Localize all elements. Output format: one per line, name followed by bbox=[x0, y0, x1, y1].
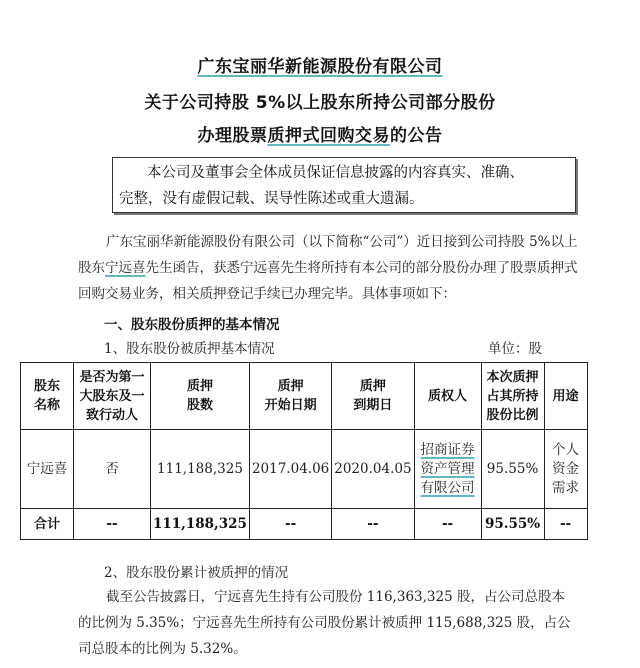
header-end-date: 质押 到期日 bbox=[332, 363, 414, 430]
cell-ratio: 95.55% bbox=[481, 430, 544, 509]
cell-start-date: 2017.04.06 bbox=[249, 430, 331, 509]
cell-pledgee: 招商证券 资产管理 有限公司 bbox=[414, 430, 481, 509]
cell-is-largest: 否 bbox=[74, 430, 151, 509]
total-is-largest: -- bbox=[74, 509, 151, 540]
section-heading: 一、股东股份质押的基本情况 bbox=[104, 313, 280, 333]
total-purpose: -- bbox=[544, 509, 587, 540]
total-start-date: -- bbox=[249, 509, 331, 540]
shareholder-name-link[interactable]: 宁远喜 bbox=[105, 260, 146, 276]
header-shareholder: 股东 名称 bbox=[21, 363, 74, 430]
unit-label: 单位：股 bbox=[488, 337, 542, 357]
total-pledgee: -- bbox=[414, 509, 481, 540]
company-title-text: 广东宝丽华新能源股份有限公司 bbox=[198, 57, 443, 77]
header-pledged-shares: 质押 股数 bbox=[151, 363, 250, 430]
notice-line-1: 本公司及董事会全体成员保证信息披露的内容真实、准确、 bbox=[119, 160, 569, 186]
title-line3-suffix: 的公告 bbox=[390, 126, 443, 146]
cumulative-paragraph: 截至公告披露日，宁远喜先生持有公司股份 116,363,325 股，占公司总股本… bbox=[78, 584, 578, 662]
cell-end-date: 2020.04.05 bbox=[332, 430, 414, 509]
pledgee-link[interactable]: 招商证券 资产管理 有限公司 bbox=[421, 441, 475, 498]
header-start-date: 质押 开始日期 bbox=[249, 363, 331, 430]
total-ratio: 95.55% bbox=[481, 509, 544, 540]
subsection-heading-1: 1、股东股份被质押基本情况 bbox=[104, 337, 275, 357]
header-ratio: 本次质押 占其所持 股份比例 bbox=[481, 363, 544, 430]
header-pledgee: 质权人 bbox=[414, 363, 481, 430]
company-title: 广东宝丽华新能源股份有限公司 bbox=[0, 52, 640, 77]
table-header-row: 股东 名称 是否为第一 大股东及一 致行动人 质押 股数 质押 开始日期 质押 … bbox=[21, 363, 588, 430]
total-pledged-shares: 111,188,325 bbox=[151, 509, 250, 540]
pledge-table: 股东 名称 是否为第一 大股东及一 致行动人 质押 股数 质押 开始日期 质押 … bbox=[20, 362, 588, 540]
total-end-date: -- bbox=[332, 509, 414, 540]
cell-purpose: 个人 资金 需求 bbox=[544, 430, 587, 509]
notice-line-2: 完整，没有虚假记载、误导性陈述或重大遗漏。 bbox=[119, 186, 569, 212]
header-purpose: 用途 bbox=[544, 363, 587, 430]
subsection-heading-2: 2、股东股份累计被质押的情况 bbox=[104, 561, 288, 581]
cell-shareholder: 宁远喜 bbox=[21, 430, 74, 509]
announcement-title-line-3: 办理股票质押式回购交易的公告 bbox=[0, 121, 640, 146]
table-row: 宁远喜 否 111,188,325 2017.04.06 2020.04.05 … bbox=[21, 430, 588, 509]
title-line3-link[interactable]: 质押式回购交易 bbox=[268, 126, 391, 146]
intro-part2: 先生函告，获悉宁远喜先生将所持有本公司的部分股份办理了股票质押式回购交易业务，相… bbox=[78, 260, 578, 302]
disclosure-notice-box: 本公司及董事会全体成员保证信息披露的内容真实、准确、 完整，没有虚假记载、误导性… bbox=[112, 157, 576, 213]
cumulative-text: 截至公告披露日，宁远喜先生持有公司股份 116,363,325 股，占公司总股本… bbox=[78, 589, 571, 657]
table-total-row: 合计 -- 111,188,325 -- -- -- 95.55% -- bbox=[21, 509, 588, 540]
title-line3-prefix: 办理股票 bbox=[198, 126, 268, 146]
total-label: 合计 bbox=[21, 509, 74, 540]
announcement-title-line-2: 关于公司持股 5%以上股东所持公司部分股份 bbox=[0, 88, 640, 113]
intro-paragraph: 广东宝丽华新能源股份有限公司（以下简称“公司”）近日接到公司持股 5%以上股东宁… bbox=[78, 229, 578, 307]
cell-pledged-shares: 111,188,325 bbox=[151, 430, 250, 509]
header-is-largest: 是否为第一 大股东及一 致行动人 bbox=[74, 363, 151, 430]
